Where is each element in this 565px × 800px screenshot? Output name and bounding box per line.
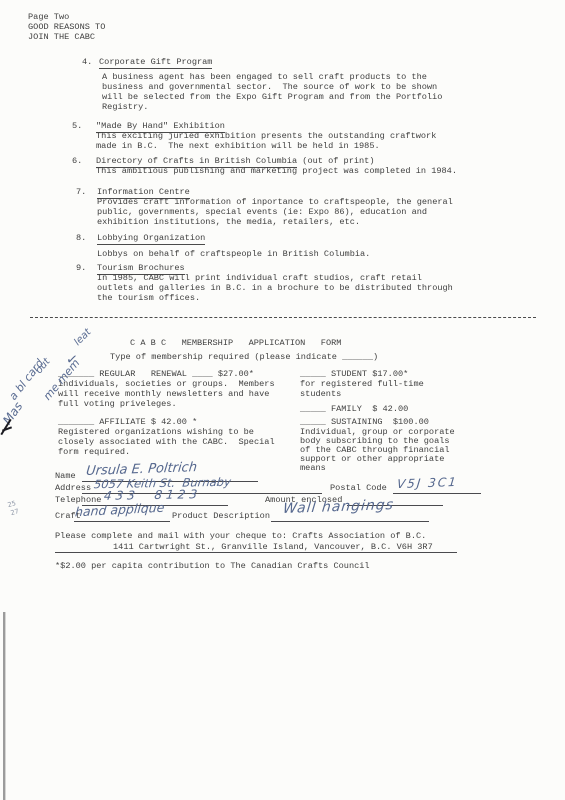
option-sustaining-line: _____ SUSTAINING $100.00	[300, 417, 429, 427]
option-affiliate-desc: form required.	[58, 447, 130, 457]
form-subtitle: Type of membership required (please indi…	[110, 352, 378, 362]
form-title: C A B C MEMBERSHIP APPLICATION FORM	[130, 338, 341, 348]
option-affiliate-line: _______ AFFILIATE $ 42.00 *	[58, 417, 197, 427]
footnote-line: *$2.00 per capita contribution to The Ca…	[55, 561, 370, 571]
option-student-line: _____ STUDENT $17.00*	[300, 369, 408, 379]
reason-title-text: Corporate Gift Program	[99, 57, 212, 69]
reason-number: 9.	[76, 263, 86, 273]
reason-title: Information Centre	[97, 187, 190, 197]
reason-number: 7.	[76, 187, 86, 197]
reason-body-line: A business agent has been engaged to sel…	[102, 72, 427, 82]
reason-body-line: In 1985, CABC will print individual craf…	[97, 273, 422, 283]
postal-code-handwriting: V5J 3C1	[396, 477, 458, 489]
reason-title: Corporate Gift Program	[99, 57, 212, 67]
reason-title-suffix: (out of print)	[297, 156, 374, 166]
dashed-separator	[30, 317, 536, 318]
scan-edge-shadow	[5, 612, 6, 800]
reason-body-line: Provides craft information of inportance…	[97, 197, 453, 207]
reason-body-line: outlets and galleries in B.C. in a broch…	[97, 283, 453, 293]
pencil-note: 27	[9, 506, 20, 518]
reason-number: 4.	[82, 57, 92, 67]
craft-field-rule	[74, 521, 170, 522]
reason-title: Tourism Brochures	[97, 263, 185, 273]
address-field-label: Address	[55, 483, 91, 493]
option-regular-desc: individuals, societies or groups. Member…	[58, 379, 275, 389]
option-affiliate-desc: closely associated with the CABC. Specia…	[58, 437, 275, 447]
name-field-label: Name	[55, 471, 76, 481]
scanned-document-page: Page Two GOOD REASONS TO JOIN THE CABC 4…	[0, 0, 565, 800]
postal-code-rule	[393, 493, 481, 494]
reason-body-line: This exciting juried exhibition presents…	[96, 131, 436, 141]
option-sustaining-desc: means	[300, 463, 326, 473]
craft-field-handwriting: hand applique	[75, 503, 165, 518]
reason-title-text: Lobbying Organization	[97, 233, 205, 245]
page-header-line: JOIN THE CABC	[28, 32, 95, 42]
reason-number: 8.	[76, 233, 86, 243]
reason-body-line: will be selected from the Expo Gift Prog…	[102, 92, 442, 102]
page-header-line: GOOD REASONS TO	[28, 22, 105, 32]
reason-number: 6.	[72, 156, 82, 166]
option-regular-line: _______ REGULAR RENEWAL ____ $27.00*	[58, 369, 254, 379]
postal-code-label: Postal Code	[330, 483, 387, 493]
reason-body-line: This ambitious publishing and marketing …	[96, 166, 457, 176]
option-affiliate-desc: Registered organizations wishing to be	[58, 427, 254, 437]
option-student-desc: students	[300, 389, 341, 399]
margin-note-fragment: leat	[73, 328, 93, 348]
product-description-rule	[271, 521, 429, 522]
reason-body-line: Registry.	[102, 102, 148, 112]
mail-address-underline	[55, 552, 457, 553]
reason-body-line: exhibition institutions, the media, reta…	[97, 217, 360, 227]
reason-body-line: Lobbys on behalf of craftspeople in Brit…	[97, 249, 370, 259]
reason-body-line: public, governments, special events (ie:…	[97, 207, 427, 217]
reason-body-line: made in B.C. The next exhibition will be…	[96, 141, 380, 151]
reason-title: Lobbying Organization	[97, 233, 205, 243]
product-description-label: Product Description	[172, 511, 270, 521]
reason-number: 5.	[72, 121, 82, 131]
reason-title: "Made By Hand" Exhibition	[96, 121, 225, 131]
reason-title: Directory of Crafts in British Columbia …	[96, 156, 375, 166]
margin-note-fragment: Mas	[2, 401, 24, 426]
product-description-handwriting: Wall hangings	[283, 500, 395, 514]
reason-body-line: the tourism offices.	[97, 293, 200, 303]
option-family-line: _____ FAMILY $ 42.00	[300, 404, 408, 414]
option-regular-desc: will receive monthly newsletters and hav…	[58, 389, 269, 399]
telephone-field-handwriting: 433 8123	[103, 489, 201, 501]
mail-address-line: 1411 Cartwright St., Granville Island, V…	[113, 542, 433, 552]
page-header-line: Page Two	[28, 12, 69, 22]
mail-instructions-line: Please complete and mail with your chequ…	[55, 531, 426, 541]
option-regular-desc: full voting priveleges.	[58, 399, 177, 409]
option-student-desc: for registered full-time	[300, 379, 424, 389]
reason-body-line: business and governmental sector. The so…	[102, 82, 437, 92]
